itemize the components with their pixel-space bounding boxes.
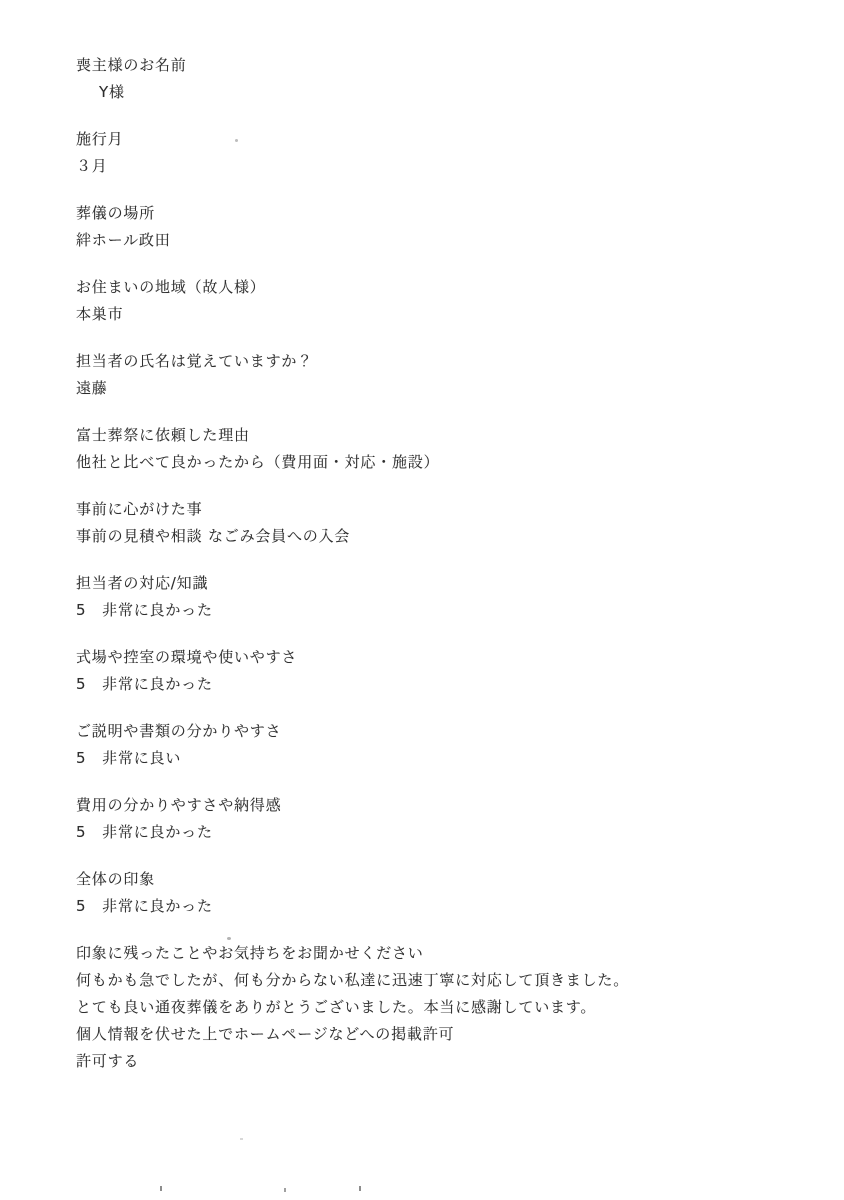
field-reason-for-request: 富士葬祭に依頼した理由 他社と比べて良かったから（費用面・対応・施設） xyxy=(76,422,776,476)
scan-speck xyxy=(235,139,238,142)
rating-label: 全体の印象 xyxy=(76,866,776,893)
field-value: 遠藤 xyxy=(76,375,776,402)
field-value: ３月 xyxy=(76,153,776,180)
free-comment-label: 印象に残ったことやお気持ちをお聞かせください xyxy=(76,940,776,967)
rating-value: 5 非常に良かった xyxy=(76,671,776,698)
rating-value: 5 非常に良かった xyxy=(76,893,776,920)
rating-venue-environment: 式場や控室の環境や使いやすさ 5 非常に良かった xyxy=(76,644,776,698)
rating-value: 5 非常に良かった xyxy=(76,819,776,846)
field-label: 事前に心がけた事 xyxy=(76,496,776,523)
rating-explanation-clarity: ご説明や書類の分かりやすさ 5 非常に良い xyxy=(76,718,776,772)
publication-permission-label: 個人情報を伏せた上でホームページなどへの掲載許可 xyxy=(76,1021,776,1048)
field-advance-preparation: 事前に心がけた事 事前の見積や相談 なごみ会員への入会 xyxy=(76,496,776,550)
field-value: 事前の見積や相談 なごみ会員への入会 xyxy=(76,523,776,550)
rating-cost-clarity: 費用の分かりやすさや納得感 5 非常に良かった xyxy=(76,792,776,846)
field-value: 絆ホール政田 xyxy=(76,227,776,254)
publication-permission-value: 許可する xyxy=(76,1048,776,1075)
field-label: 葬儀の場所 xyxy=(76,200,776,227)
rating-staff-response: 担当者の対応/知識 5 非常に良かった xyxy=(76,570,776,624)
field-staff-name: 担当者の氏名は覚えていますか？ 遠藤 xyxy=(76,348,776,402)
rating-overall-impression: 全体の印象 5 非常に良かった xyxy=(76,866,776,920)
field-residence-area: お住まいの地域（故人様） 本巣市 xyxy=(76,274,776,328)
document-content: 喪主様のお名前 Y様 施行月 ３月 葬儀の場所 絆ホール政田 お住まいの地域（故… xyxy=(76,52,776,1095)
field-label: 富士葬祭に依頼した理由 xyxy=(76,422,776,449)
rating-label: 担当者の対応/知識 xyxy=(76,570,776,597)
field-service-month: 施行月 ３月 xyxy=(76,126,776,180)
field-label: お住まいの地域（故人様） xyxy=(76,274,776,301)
rating-value: 5 非常に良い xyxy=(76,745,776,772)
field-value: 他社と比べて良かったから（費用面・対応・施設） xyxy=(76,449,776,476)
scan-speck xyxy=(240,1138,243,1140)
rating-label: 費用の分かりやすさや納得感 xyxy=(76,792,776,819)
field-value: 本巣市 xyxy=(76,301,776,328)
free-comment-line: 何もかも急でしたが、何も分からない私達に迅速丁寧に対応して頂きました。 xyxy=(76,967,776,994)
field-label: 施行月 xyxy=(76,126,776,153)
field-label: 喪主様のお名前 xyxy=(76,52,776,79)
scan-speck xyxy=(284,1188,286,1192)
free-comment-block: 印象に残ったことやお気持ちをお聞かせください 何もかも急でしたが、何も分からない… xyxy=(76,940,776,1075)
free-comment-line: とても良い通夜葬儀をありがとうございました。本当に感謝しています。 xyxy=(76,994,776,1021)
field-chief-mourner: 喪主様のお名前 Y様 xyxy=(76,52,776,106)
scan-speck xyxy=(359,1186,361,1191)
scan-speck xyxy=(160,1186,162,1191)
scanned-document-page: 喪主様のお名前 Y様 施行月 ３月 葬儀の場所 絆ホール政田 お住まいの地域（故… xyxy=(0,0,844,1200)
field-value: Y様 xyxy=(76,79,776,106)
scan-speck xyxy=(227,937,231,940)
rating-label: 式場や控室の環境や使いやすさ xyxy=(76,644,776,671)
field-funeral-place: 葬儀の場所 絆ホール政田 xyxy=(76,200,776,254)
rating-value: 5 非常に良かった xyxy=(76,597,776,624)
rating-label: ご説明や書類の分かりやすさ xyxy=(76,718,776,745)
field-label: 担当者の氏名は覚えていますか？ xyxy=(76,348,776,375)
